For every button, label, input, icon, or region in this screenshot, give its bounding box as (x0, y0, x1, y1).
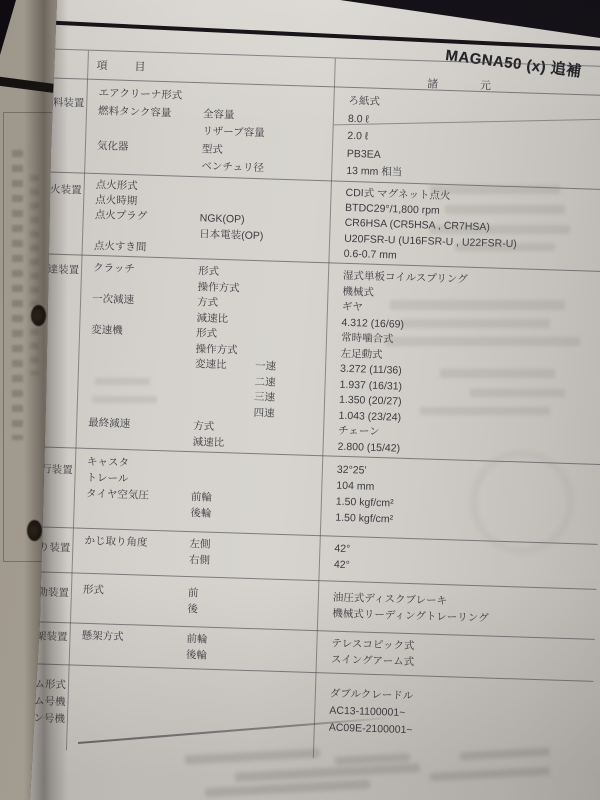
bleed-smudge (440, 369, 555, 378)
spec-sub-label: ベンチュリ径 (201, 158, 262, 177)
bleed-ghost-ring (470, 450, 574, 554)
binder-hole (31, 305, 46, 326)
spec-gear-label (247, 633, 305, 635)
spec-gear-label (258, 266, 316, 268)
section-rows: エアクリーナ形式ろ紙式燃料タンク容量全容量8.0 ℓリザーブ容量2.0 ℓ気化器… (84, 80, 600, 189)
spec-sub-label: 前 (188, 585, 248, 603)
header-rule (38, 20, 600, 51)
spec-section: 燃料装置エアクリーナ形式ろ紙式燃料タンク容量全容量8.0 ℓリザーブ容量2.0 … (31, 77, 600, 189)
spec-sub-label: リザーブ容量 (202, 123, 263, 142)
manual-page: MAGNA50 (x) 追補 項目 諸元 燃料装置エアクリーナ形式ろ紙式燃料タン… (0, 0, 600, 800)
spec-gear-label (264, 90, 322, 92)
spec-sub-label: 型式 (202, 141, 263, 160)
spec-sub-label (192, 457, 252, 459)
previous-page-ghost-text (12, 150, 23, 440)
spec-sub-label: 方式 (193, 419, 253, 436)
spec-item-name (68, 677, 185, 681)
bleed-smudge (455, 243, 555, 251)
bleed-smudge (430, 185, 560, 194)
bleed-smudge (390, 300, 565, 310)
spec-sub-label: 全容量 (203, 106, 264, 125)
spec-sub-label: 前輪 (186, 631, 246, 649)
spec-sub-label: 左側 (189, 536, 249, 554)
spec-sub-label: 形式 (196, 326, 256, 343)
binder-hole (27, 520, 42, 541)
spec-gear-label: 四速 (253, 406, 311, 423)
spec-gear-label (252, 459, 310, 461)
spec-gear-label (248, 587, 306, 589)
spec-sub-label: 前輪 (191, 489, 251, 507)
bleed-smudge (95, 378, 150, 385)
spec-sub-label (201, 181, 261, 183)
spec-sub-label: 操作方式 (195, 342, 255, 359)
spec-sub-label: 日本電装(OP) (199, 227, 259, 244)
bleed-smudge (470, 389, 565, 397)
spec-item-name: 燃料タンク容量 (86, 102, 203, 123)
bleed-smudge (92, 396, 157, 403)
spec-gear-label (261, 183, 319, 185)
spec-sub-label: 後輪 (186, 647, 246, 665)
spec-sub-label (204, 88, 264, 90)
spec-gear-label (245, 683, 303, 685)
spec-sub-label: 後輪 (190, 505, 250, 523)
spec-sub-label: 変速比 (195, 357, 255, 374)
bleed-smudge (420, 407, 550, 415)
bleed-smudge (445, 205, 565, 214)
spec-sub-label: 減速比 (196, 311, 256, 328)
spec-sub-label: 右側 (189, 552, 249, 570)
header-item-label: 項目 (96, 57, 172, 75)
bleed-smudge (385, 337, 580, 346)
spec-sub-label: 後 (187, 601, 247, 619)
spec-gear-label (250, 538, 308, 540)
spec-section: 動力伝達装置クラッチ形式湿式単板コイルスプリング操作方式機械式一次減速方式ギヤ減… (22, 253, 600, 464)
bleed-smudge (430, 225, 570, 234)
spec-sub-label: 減速比 (192, 435, 252, 452)
spec-item-name: 気化器 (85, 137, 202, 158)
table-body: 燃料装置エアクリーナ形式ろ紙式燃料タンク容量全容量8.0 ℓリザーブ容量2.0 … (13, 77, 600, 767)
bleed-smudge (235, 763, 420, 782)
spec-sub-label: 形式 (198, 264, 258, 281)
spec-gear-label: 一速 (255, 359, 313, 376)
section-rows: クラッチ形式湿式単板コイルスプリング操作方式機械式一次減速方式ギヤ減速比4.31… (76, 256, 600, 463)
manual-photo: MAGNA50 (x) 追補 項目 諸元 燃料装置エアクリーナ形式ろ紙式燃料タン… (0, 0, 600, 800)
spec-gear-label: 二速 (254, 375, 312, 392)
bleed-smudge (400, 319, 550, 328)
spec-sub-label (185, 681, 245, 683)
bleed-smudge (205, 780, 370, 798)
previous-page-ghost-text (30, 175, 39, 375)
spec-sub-label: 操作方式 (197, 280, 257, 297)
spec-sub-label: 方式 (197, 295, 257, 312)
spec-gear-label: 三速 (254, 390, 312, 407)
bleed-smudge (430, 767, 550, 781)
